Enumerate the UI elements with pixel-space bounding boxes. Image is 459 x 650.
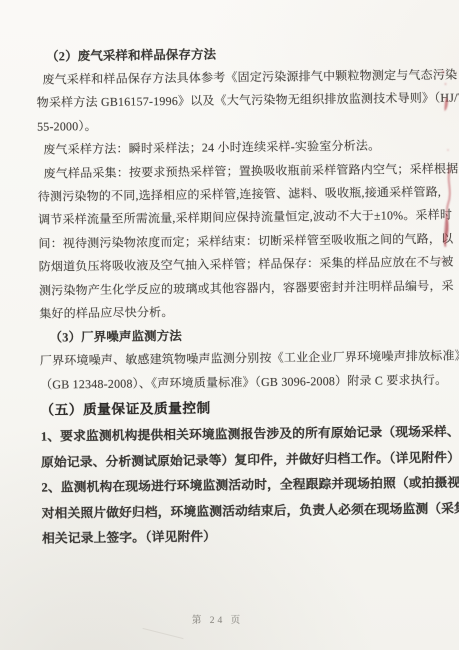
scanned-document-page: （2）废气采样和样品保存方法废气采样和样品保存方法具体参考《固定污染源排气中颗粒… [0, 0, 459, 650]
doc-line: 测污染物产生化学反应的玻璃或其他容器内，容器要密封并注明样品编号，采 [39, 274, 439, 302]
doc-line: （GB 12348-2008）、《声环境质量标准》（GB 3096-2008）附… [40, 368, 440, 396]
document-body: （2）废气采样和样品保存方法废气采样和样品保存方法具体参考《固定污染源排气中颗粒… [36, 40, 442, 553]
scan-scratch-artifact [143, 628, 184, 639]
doc-line: 物采样方法 GB16157-1996》以及《大气污染物无组织排放监测技术导则》（… [37, 87, 437, 115]
page-number-footer: 第 24 页 [0, 612, 435, 626]
doc-line: 相关记录上签字。（详见附件） [42, 522, 442, 552]
